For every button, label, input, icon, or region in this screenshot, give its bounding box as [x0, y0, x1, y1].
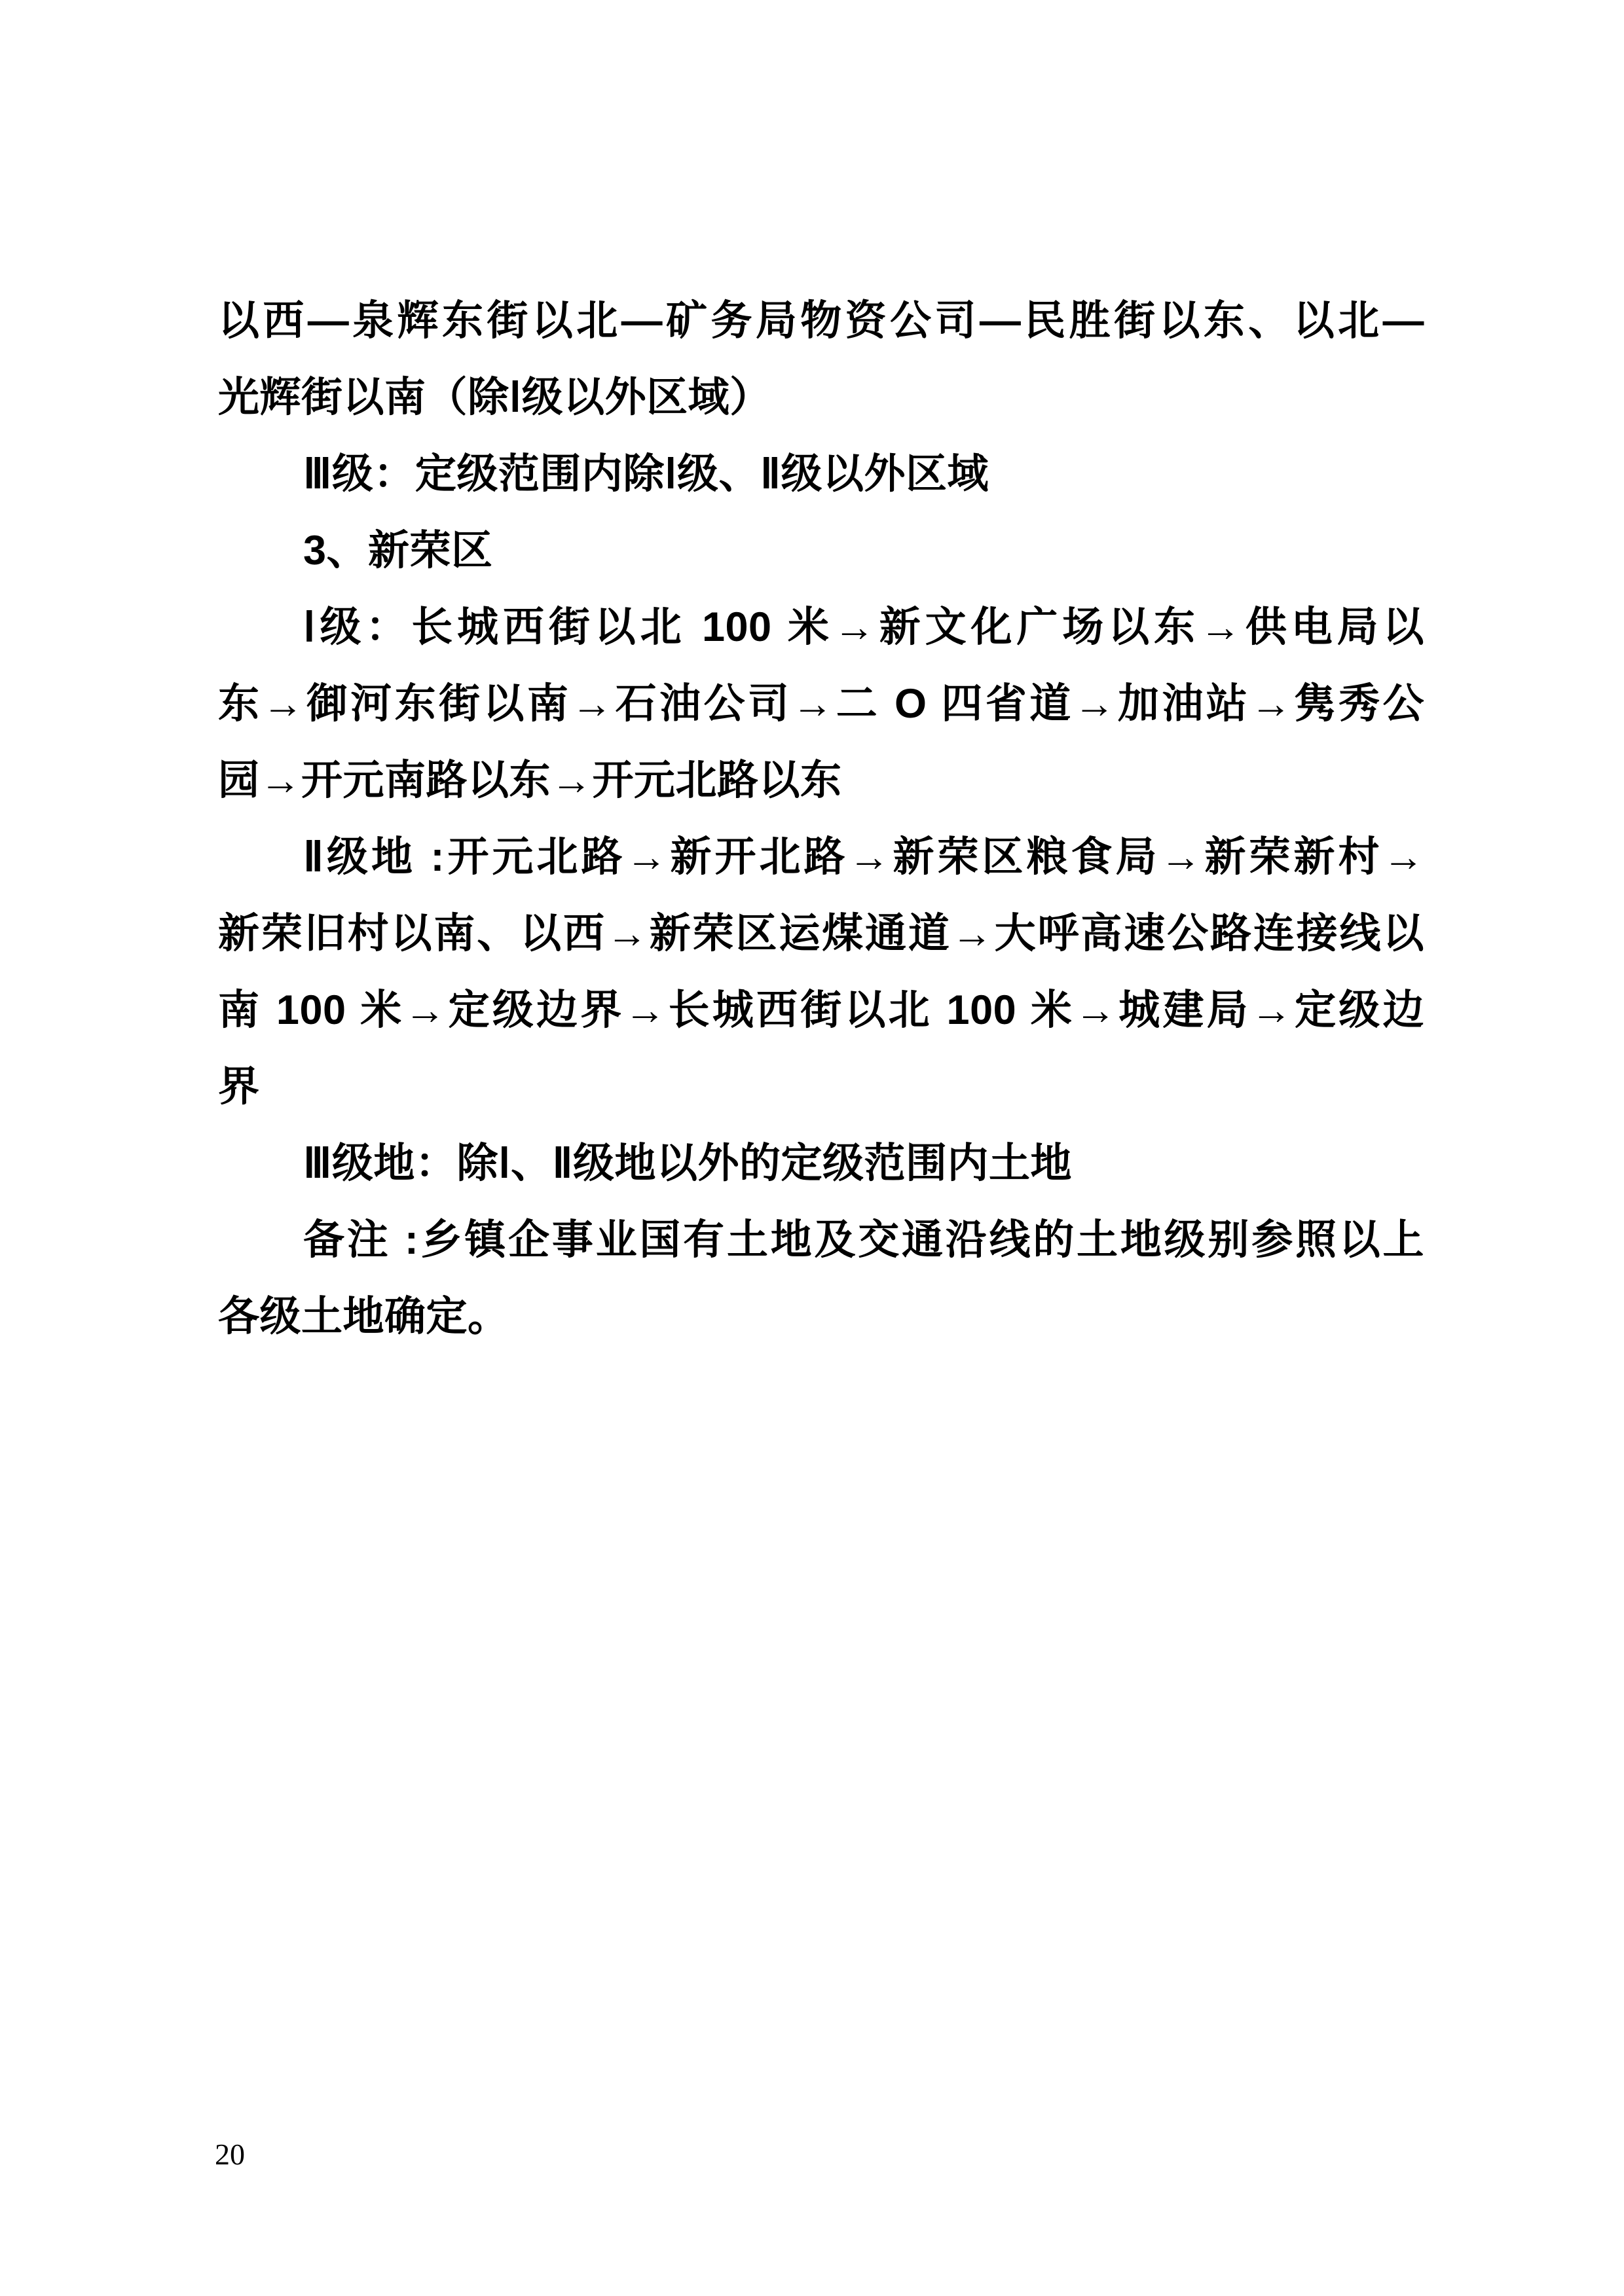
page-number: 20: [215, 2140, 245, 2170]
text-line: 光辉街以南（除Ⅰ级以外区域）: [218, 359, 1424, 436]
text-line: 新荣旧村以南、以西→新荣区运煤通道→大呼高速公路连接线以: [218, 896, 1424, 972]
text-line: 备注 :乡镇企事业国有土地及交通沿线的土地级别参照以上: [218, 1202, 1424, 1279]
text-line: Ⅰ级：长城西街以北 100 米→新文化广场以东→供电局以: [218, 589, 1424, 666]
text-line: 东→御河东街以南→石油公司→二 O 四省道→加油站→隽秀公: [218, 666, 1424, 742]
body-text: 以西—泉辉东街以北—矿务局物资公司—民胜街以东、以北—光辉街以南（除Ⅰ级以外区域…: [218, 283, 1424, 1355]
text-line: Ⅱ级地 :开元北路→新开北路→新荣区粮食局→新荣新村→: [218, 819, 1424, 896]
text-line: 各级土地确定。: [218, 1279, 1424, 1355]
text-line: 以西—泉辉东街以北—矿务局物资公司—民胜街以东、以北—: [218, 283, 1424, 359]
text-line: 3、新荣区: [218, 513, 1424, 589]
text-line: 园→开元南路以东→开元北路以东: [218, 742, 1424, 819]
text-line: 界: [218, 1049, 1424, 1125]
text-line: Ⅲ级地：除Ⅰ、Ⅱ级地以外的定级范围内土地: [218, 1125, 1424, 1202]
text-line: 南 100 米→定级边界→长城西街以北 100 米→城建局→定级边: [218, 972, 1424, 1049]
text-line: Ⅲ级：定级范围内除Ⅰ级、Ⅱ级以外区域: [218, 436, 1424, 513]
document-page: 以西—泉辉东街以北—矿务局物资公司—民胜街以东、以北—光辉街以南（除Ⅰ级以外区域…: [0, 0, 1624, 2296]
